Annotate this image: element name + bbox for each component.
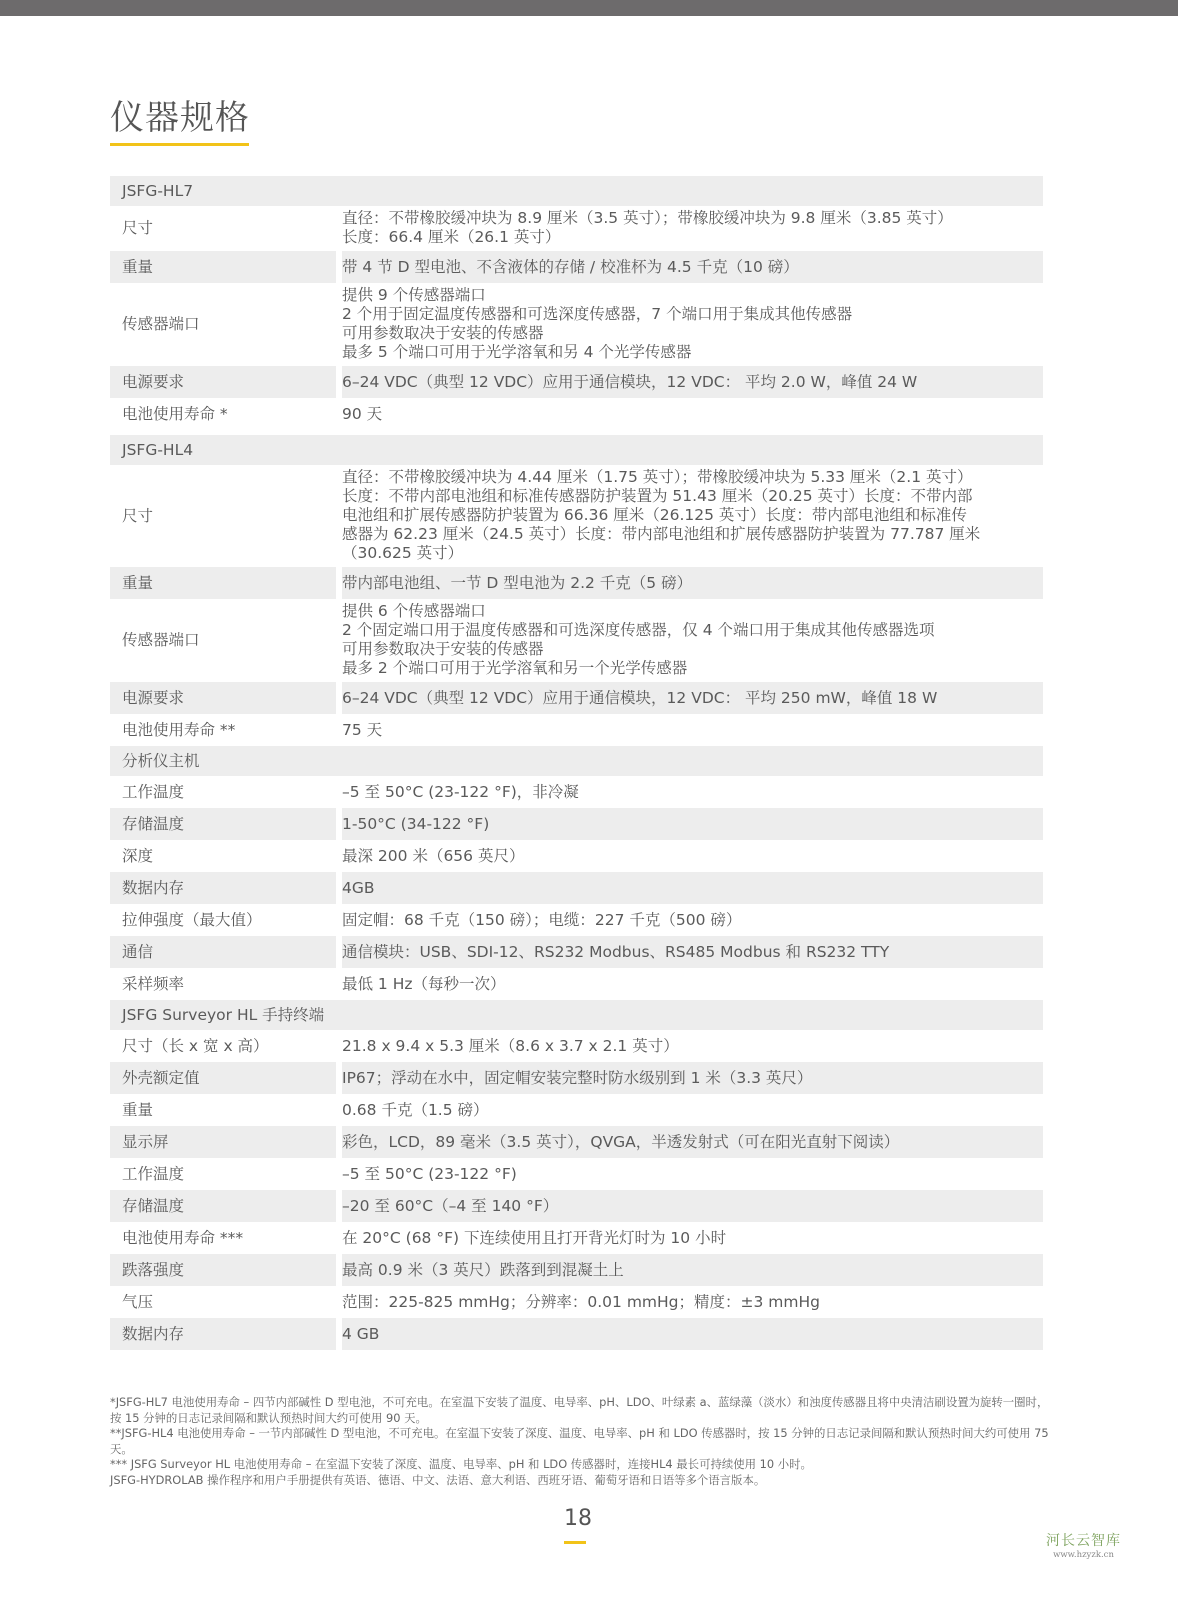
spec-value-line: 1-50°C (34-122 °F) xyxy=(342,815,1043,834)
spec-row: 工作温度–5 至 50°C (23-122 °F)，非冷凝 xyxy=(110,776,1043,808)
spec-row: 工作温度–5 至 50°C (23-122 °F) xyxy=(110,1158,1043,1190)
footnote: **JSFG-HL4 电池使用寿命 – 一节内部碱性 D 型电池，不可充电。在室… xyxy=(110,1426,1050,1457)
spec-value: 提供 6 个传感器端口2 个固定端口用于温度传感器和可选深度传感器，仅 4 个端… xyxy=(342,599,1043,682)
spec-value-line: 最多 5 个端口可用于光学溶氧和另 4 个光学传感器 xyxy=(342,343,1043,362)
spec-value-line: 4GB xyxy=(342,879,1043,898)
spec-label: 尺寸 xyxy=(110,206,336,251)
spec-row: 重量带 4 节 D 型电池、不含液体的存储 / 校准杯为 4.5 千克（10 磅… xyxy=(110,251,1043,283)
spec-row: 存储温度1-50°C (34-122 °F) xyxy=(110,808,1043,840)
spec-value: 4 GB xyxy=(342,1318,1043,1350)
spec-label: 数据内存 xyxy=(110,872,336,904)
spec-row: 尺寸直径：不带橡胶缓冲块为 4.44 厘米（1.75 英寸）；带橡胶缓冲块为 5… xyxy=(110,465,1043,567)
spec-value: –5 至 50°C (23-122 °F) xyxy=(342,1158,1043,1190)
spec-value-line: 可用参数取决于安装的传感器 xyxy=(342,324,1043,343)
spec-value-line: IP67；浮动在水中，固定帽安装完整时防水级别到 1 米（3.3 英尺） xyxy=(342,1069,1043,1088)
watermark-name: 河长云智库 xyxy=(1046,1530,1121,1550)
footnote: *** JSFG Surveyor HL 电池使用寿命 – 在室温下安装了深度、… xyxy=(110,1457,1050,1473)
spec-value-line: 4 GB xyxy=(342,1325,1043,1344)
spec-row: 重量0.68 千克（1.5 磅） xyxy=(110,1094,1043,1126)
spec-value: 在 20°C (68 °F) 下连续使用且打开背光灯时为 10 小时 xyxy=(342,1222,1043,1254)
spec-label: 显示屏 xyxy=(110,1126,336,1158)
spec-value: 4GB xyxy=(342,872,1043,904)
spec-label: 气压 xyxy=(110,1286,336,1318)
spec-value: –5 至 50°C (23-122 °F)，非冷凝 xyxy=(342,776,1043,808)
spec-row: 深度最深 200 米（656 英尺） xyxy=(110,840,1043,872)
spec-value: 最低 1 Hz（每秒一次） xyxy=(342,968,1043,1000)
spec-label: 外壳额定值 xyxy=(110,1062,336,1094)
spec-value-line: 6–24 VDC（典型 12 VDC）应用于通信模块，12 VDC： 平均 2.… xyxy=(342,373,1043,392)
spec-label: 存储温度 xyxy=(110,808,336,840)
spec-row: 存储温度–20 至 60°C（–4 至 140 °F） xyxy=(110,1190,1043,1222)
spec-value-line: –5 至 50°C (23-122 °F) xyxy=(342,1165,1043,1184)
spec-value-line: 通信模块：USB、SDI-12、RS232 Modbus、RS485 Modbu… xyxy=(342,943,1043,962)
spec-value: 彩色，LCD，89 毫米（3.5 英寸），QVGA，半透发射式（可在阳光直射下阅… xyxy=(342,1126,1043,1158)
spec-row: 拉伸强度（最大值）固定帽：68 千克（150 磅）；电缆：227 千克（500 … xyxy=(110,904,1043,936)
spec-row: 跌落强度最高 0.9 米（3 英尺）跌落到到混凝土上 xyxy=(110,1254,1043,1286)
spec-value-line: 范围：225-825 mmHg；分辨率：0.01 mmHg；精度：±3 mmHg xyxy=(342,1293,1043,1312)
spec-value-line: 带内部电池组、一节 D 型电池为 2.2 千克（5 磅） xyxy=(342,574,1043,593)
spec-value-line: 90 天 xyxy=(342,405,1043,424)
footnotes: *JSFG-HL7 电池使用寿命 – 四节内部碱性 D 型电池，不可充电。在室温… xyxy=(110,1395,1050,1489)
spec-row: 显示屏彩色，LCD，89 毫米（3.5 英寸），QVGA，半透发射式（可在阳光直… xyxy=(110,1126,1043,1158)
spec-value-line: 6–24 VDC（典型 12 VDC）应用于通信模块，12 VDC： 平均 25… xyxy=(342,689,1043,708)
spec-value: 直径：不带橡胶缓冲块为 8.9 厘米（3.5 英寸）；带橡胶缓冲块为 9.8 厘… xyxy=(342,206,1043,251)
section-header: JSFG Surveyor HL 手持终端 xyxy=(110,1000,1043,1030)
spec-value: 6–24 VDC（典型 12 VDC）应用于通信模块，12 VDC： 平均 25… xyxy=(342,682,1043,714)
spec-label: 传感器端口 xyxy=(110,283,336,366)
spec-value: 通信模块：USB、SDI-12、RS232 Modbus、RS485 Modbu… xyxy=(342,936,1043,968)
spec-label: 电池使用寿命 * xyxy=(110,398,336,430)
watermark: 河长云智库 www.hzyzk.cn xyxy=(1046,1530,1121,1560)
spec-table: JSFG-HL7尺寸直径：不带橡胶缓冲块为 8.9 厘米（3.5 英寸）；带橡胶… xyxy=(110,176,1043,1350)
spec-value-line: 带 4 节 D 型电池、不含液体的存储 / 校准杯为 4.5 千克（10 磅） xyxy=(342,258,1043,277)
spec-label: 数据内存 xyxy=(110,1318,336,1350)
spec-value-line: 0.68 千克（1.5 磅） xyxy=(342,1101,1043,1120)
spec-row: 传感器端口提供 6 个传感器端口2 个固定端口用于温度传感器和可选深度传感器，仅… xyxy=(110,599,1043,682)
spec-row: 尺寸（长 x 宽 x 高）21.8 x 9.4 x 5.3 厘米（8.6 x 3… xyxy=(110,1030,1043,1062)
spec-value: 最高 0.9 米（3 英尺）跌落到到混凝土上 xyxy=(342,1254,1043,1286)
spec-value: –20 至 60°C（–4 至 140 °F） xyxy=(342,1190,1043,1222)
spec-row: 电池使用寿命 *90 天 xyxy=(110,398,1043,430)
footnote: *JSFG-HL7 电池使用寿命 – 四节内部碱性 D 型电池，不可充电。在室温… xyxy=(110,1395,1050,1426)
spec-value: 0.68 千克（1.5 磅） xyxy=(342,1094,1043,1126)
spec-label: 重量 xyxy=(110,251,336,283)
spec-value: 固定帽：68 千克（150 磅）；电缆：227 千克（500 磅） xyxy=(342,904,1043,936)
spec-label: 重量 xyxy=(110,567,336,599)
spec-value-line: 最低 1 Hz（每秒一次） xyxy=(342,975,1043,994)
spec-value: 带 4 节 D 型电池、不含液体的存储 / 校准杯为 4.5 千克（10 磅） xyxy=(342,251,1043,283)
spec-value-line: 最多 2 个端口可用于光学溶氧和另一个光学传感器 xyxy=(342,659,1043,678)
page-number: 18 xyxy=(558,1506,598,1531)
section-header: JSFG-HL4 xyxy=(110,435,1043,465)
spec-label: 工作温度 xyxy=(110,776,336,808)
spec-row: 采样频率最低 1 Hz（每秒一次） xyxy=(110,968,1043,1000)
section-header: JSFG-HL7 xyxy=(110,176,1043,206)
spec-value: 75 天 xyxy=(342,714,1043,746)
spec-value: IP67；浮动在水中，固定帽安装完整时防水级别到 1 米（3.3 英尺） xyxy=(342,1062,1043,1094)
spec-label: 跌落强度 xyxy=(110,1254,336,1286)
spec-value: 范围：225-825 mmHg；分辨率：0.01 mmHg；精度：±3 mmHg xyxy=(342,1286,1043,1318)
spec-value-line: 电池组和扩展传感器防护装置为 66.36 厘米（26.125 英寸）长度：带内部… xyxy=(342,506,1043,525)
spec-label: 重量 xyxy=(110,1094,336,1126)
spec-value: 提供 9 个传感器端口2 个用于固定温度传感器和可选深度传感器，7 个端口用于集… xyxy=(342,283,1043,366)
spec-row: 通信通信模块：USB、SDI-12、RS232 Modbus、RS485 Mod… xyxy=(110,936,1043,968)
spec-row: 传感器端口提供 9 个传感器端口2 个用于固定温度传感器和可选深度传感器，7 个… xyxy=(110,283,1043,366)
spec-value-line: 最深 200 米（656 英尺） xyxy=(342,847,1043,866)
spec-row: 数据内存4GB xyxy=(110,872,1043,904)
spec-label: 拉伸强度（最大值） xyxy=(110,904,336,936)
spec-label: 尺寸（长 x 宽 x 高） xyxy=(110,1030,336,1062)
spec-value-line: 21.8 x 9.4 x 5.3 厘米（8.6 x 3.7 x 2.1 英寸） xyxy=(342,1037,1043,1056)
spec-row: 电源要求6–24 VDC（典型 12 VDC）应用于通信模块，12 VDC： 平… xyxy=(110,682,1043,714)
spec-value-line: 提供 9 个传感器端口 xyxy=(342,286,1043,305)
spec-row: 尺寸直径：不带橡胶缓冲块为 8.9 厘米（3.5 英寸）；带橡胶缓冲块为 9.8… xyxy=(110,206,1043,251)
spec-value-line: 直径：不带橡胶缓冲块为 4.44 厘米（1.75 英寸）；带橡胶缓冲块为 5.3… xyxy=(342,468,1043,487)
spec-value-line: 直径：不带橡胶缓冲块为 8.9 厘米（3.5 英寸）；带橡胶缓冲块为 9.8 厘… xyxy=(342,209,1043,228)
spec-label: 电池使用寿命 *** xyxy=(110,1222,336,1254)
spec-label: 电源要求 xyxy=(110,682,336,714)
spec-value-line: 感器为 62.23 厘米（24.5 英寸）长度：带内部电池组和扩展传感器防护装置… xyxy=(342,525,1043,544)
spec-row: 电源要求6–24 VDC（典型 12 VDC）应用于通信模块，12 VDC： 平… xyxy=(110,366,1043,398)
spec-value-line: 75 天 xyxy=(342,721,1043,740)
watermark-url: www.hzyzk.cn xyxy=(1046,1550,1121,1560)
spec-value: 带内部电池组、一节 D 型电池为 2.2 千克（5 磅） xyxy=(342,567,1043,599)
spec-value: 最深 200 米（656 英尺） xyxy=(342,840,1043,872)
spec-label: 尺寸 xyxy=(110,465,336,567)
spec-value-line: 固定帽：68 千克（150 磅）；电缆：227 千克（500 磅） xyxy=(342,911,1043,930)
footnote: JSFG-HYDROLAB 操作程序和用户手册提供有英语、德语、中文、法语、意大… xyxy=(110,1473,1050,1489)
spec-value-line: 最高 0.9 米（3 英尺）跌落到到混凝土上 xyxy=(342,1261,1043,1280)
spec-value-line: 可用参数取决于安装的传感器 xyxy=(342,640,1043,659)
spec-label: 深度 xyxy=(110,840,336,872)
spec-value: 21.8 x 9.4 x 5.3 厘米（8.6 x 3.7 x 2.1 英寸） xyxy=(342,1030,1043,1062)
section-header: 分析仪主机 xyxy=(110,746,1043,776)
spec-label: 存储温度 xyxy=(110,1190,336,1222)
page-title: 仪器规格 xyxy=(110,96,250,140)
spec-row: 外壳额定值IP67；浮动在水中，固定帽安装完整时防水级别到 1 米（3.3 英尺… xyxy=(110,1062,1043,1094)
spec-row: 电池使用寿命 **75 天 xyxy=(110,714,1043,746)
spec-value-line: 提供 6 个传感器端口 xyxy=(342,602,1043,621)
spec-value-line: 在 20°C (68 °F) 下连续使用且打开背光灯时为 10 小时 xyxy=(342,1229,1043,1248)
spec-label: 传感器端口 xyxy=(110,599,336,682)
spec-value-line: 长度：66.4 厘米（26.1 英寸） xyxy=(342,228,1043,247)
spec-row: 重量带内部电池组、一节 D 型电池为 2.2 千克（5 磅） xyxy=(110,567,1043,599)
spec-row: 电池使用寿命 ***在 20°C (68 °F) 下连续使用且打开背光灯时为 1… xyxy=(110,1222,1043,1254)
spec-value: 1-50°C (34-122 °F) xyxy=(342,808,1043,840)
spec-value-line: –20 至 60°C（–4 至 140 °F） xyxy=(342,1197,1043,1216)
spec-label: 电源要求 xyxy=(110,366,336,398)
spec-label: 工作温度 xyxy=(110,1158,336,1190)
spec-label: 通信 xyxy=(110,936,336,968)
spec-row: 气压范围：225-825 mmHg；分辨率：0.01 mmHg；精度：±3 mm… xyxy=(110,1286,1043,1318)
top-bar xyxy=(0,0,1178,16)
spec-value-line: 2 个固定端口用于温度传感器和可选深度传感器，仅 4 个端口用于集成其他传感器选… xyxy=(342,621,1043,640)
spec-value-line: （30.625 英寸） xyxy=(342,544,1043,563)
spec-value-line: –5 至 50°C (23-122 °F)，非冷凝 xyxy=(342,783,1043,802)
spec-value: 6–24 VDC（典型 12 VDC）应用于通信模块，12 VDC： 平均 2.… xyxy=(342,366,1043,398)
spec-label: 采样频率 xyxy=(110,968,336,1000)
title-underline xyxy=(110,143,249,146)
page-number-underline xyxy=(564,1541,586,1544)
spec-value-line: 2 个用于固定温度传感器和可选深度传感器，7 个端口用于集成其他传感器 xyxy=(342,305,1043,324)
spec-row: 数据内存4 GB xyxy=(110,1318,1043,1350)
spec-label: 电池使用寿命 ** xyxy=(110,714,336,746)
spec-value: 直径：不带橡胶缓冲块为 4.44 厘米（1.75 英寸）；带橡胶缓冲块为 5.3… xyxy=(342,465,1043,567)
spec-value-line: 长度：不带内部电池组和标准传感器防护装置为 51.43 厘米（20.25 英寸）… xyxy=(342,487,1043,506)
spec-value: 90 天 xyxy=(342,398,1043,430)
spec-value-line: 彩色，LCD，89 毫米（3.5 英寸），QVGA，半透发射式（可在阳光直射下阅… xyxy=(342,1133,1043,1152)
